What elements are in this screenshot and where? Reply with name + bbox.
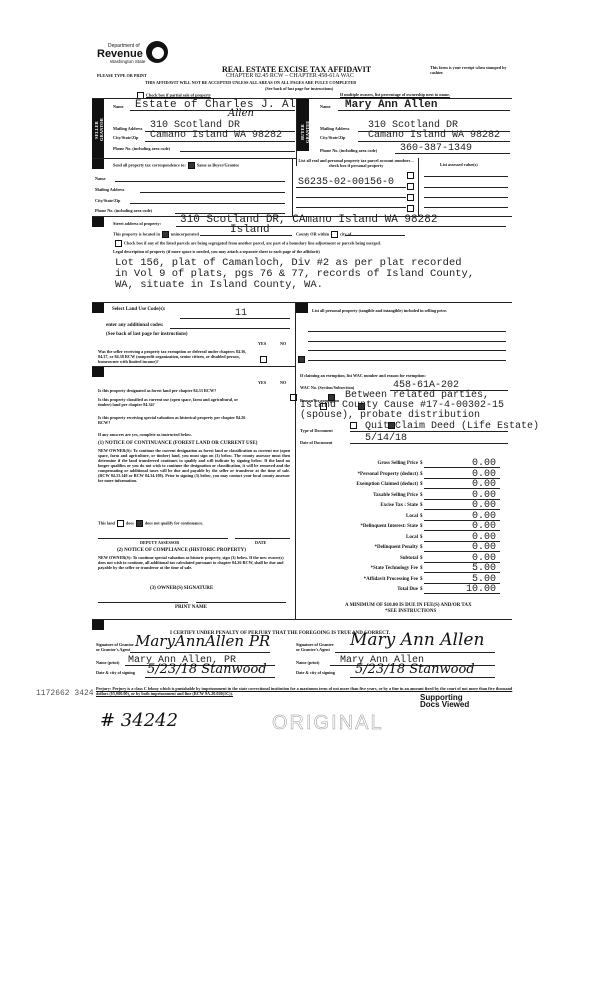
fee-value[interactable]: 0.00	[472, 542, 496, 553]
buyer-mailing-label: Mailing Address	[320, 126, 349, 131]
seller-mailing-label: Mailing Address	[113, 126, 142, 131]
correspondence-label: Send all property tax correspondence to:…	[113, 162, 239, 169]
county-or-city: County OR withincity of	[296, 231, 351, 238]
buyer-name-label: Name	[320, 104, 330, 109]
dor-logo-icon	[146, 41, 168, 63]
assessor-date: DATE	[255, 540, 266, 545]
handwritten-number: # 34242	[100, 710, 178, 731]
seller-name-label: Name	[113, 104, 123, 109]
grantor-date-label: Date & city of signing	[96, 670, 135, 675]
fee-value[interactable]: 0.00	[472, 553, 496, 564]
fee-row: Subtotal$0.00	[300, 554, 510, 564]
dollar-sign: $	[420, 587, 423, 592]
doc-date-label: Date of Document	[300, 440, 332, 445]
section-5-marker	[92, 303, 104, 313]
multiple-owners-note: If multiple owners, list percentage of o…	[340, 92, 450, 97]
q1-no-checkbox[interactable]	[298, 356, 305, 363]
grantee-date-label: Date & city of signing	[296, 670, 335, 675]
buyer-label: BUYER GRANTEE	[300, 118, 310, 146]
located-in: This property is located inunincorporate…	[113, 231, 199, 238]
yes-note: If any answers are yes, complete as inst…	[98, 432, 192, 437]
grantee-sig-label: Signature of Grantee or Grantee's Agent	[296, 642, 336, 652]
fee-label: Excise Tax : State	[380, 503, 418, 508]
fee-row: *Affidavit Processing Fee$5.00	[300, 575, 510, 585]
grantor-sig-label: Signature of Grantor or Grantor's Agent	[96, 642, 136, 652]
fee-label: *Delinquent Penalty	[375, 545, 418, 550]
segregated-checkbox[interactable]: Check box if any of the listed parcels a…	[113, 240, 381, 247]
seller-city-label: City/State/Zip	[113, 135, 138, 140]
city-checkbox[interactable]	[331, 231, 338, 238]
current-use-question: Is this property classified as current u…	[98, 397, 248, 407]
fee-value[interactable]: 0.00	[472, 479, 496, 490]
grantee-date-city[interactable]: 5/23/18 Stanwood	[355, 662, 475, 677]
legal-label: Legal description of property (if more s…	[113, 249, 320, 254]
dollar-sign: $	[420, 566, 423, 571]
fee-label: Subtotal	[400, 556, 418, 561]
dollar-sign: $	[420, 535, 423, 540]
form-chapter: CHAPTER 82.45 RCW – CHAPTER 458-61A WAC	[226, 73, 354, 79]
deputy-assessor: DEPUTY ASSESSOR	[140, 540, 179, 545]
notice1-title: (1) NOTICE OF CONTINUANCE (FOREST LAND O…	[98, 441, 257, 447]
dollar-sign: $	[420, 556, 423, 561]
seller-label: SELLER GRANTOR	[94, 115, 104, 145]
notice3-title: (3) OWNER(S) SIGNATURE	[150, 586, 213, 592]
yes-header-2: YES	[258, 380, 266, 385]
fee-row: Excise Tax : State$0.00	[300, 501, 510, 511]
dollar-sign: $	[420, 472, 423, 477]
seller-phone-label: Phone No. (including area code)	[113, 146, 170, 151]
fee-row: *Personal Property (deduct)$0.00	[300, 470, 510, 480]
fee-label: *Personal Property (deduct)	[358, 472, 418, 477]
historic-question: Is this property receiving special valua…	[98, 415, 248, 425]
fee-row: Local$0.00	[300, 512, 510, 522]
fee-value[interactable]: 5.00	[472, 574, 496, 585]
print-name-label: PRINT NAME	[175, 605, 207, 611]
no-header-2: NO	[280, 380, 286, 385]
section-3-marker	[92, 159, 104, 169]
grantor-name-label: Name (print)	[96, 660, 119, 665]
land-use-label: Select Land Use Code(s):	[112, 307, 165, 313]
corr-mailing-label: Mailing Address	[95, 187, 124, 192]
parcels-label: List all real and personal property tax …	[294, 158, 418, 168]
fee-value[interactable]: 0.00	[472, 511, 496, 522]
does-not-checkbox[interactable]	[136, 520, 143, 527]
logo-state: Washington State	[110, 59, 145, 64]
section-4-marker	[92, 217, 104, 227]
fee-value[interactable]: 0.00	[472, 458, 496, 469]
fee-value[interactable]: 0.00	[472, 490, 496, 501]
fee-label: Local	[406, 535, 418, 540]
fee-row: *State Technology Fee$5.00	[300, 564, 510, 574]
see-instructions: *SEE INSTRUCTIONS	[385, 609, 436, 615]
does-checkbox[interactable]	[117, 520, 124, 527]
fee-row: Gross Selling Price$0.00	[300, 459, 510, 469]
grantor-date-city[interactable]: 5/23/18 Stanwood	[147, 662, 267, 677]
buyer-city-label: City/State/Zip	[320, 135, 345, 140]
legal-description[interactable]: Lot 156, plat of Camanloch, Div #2 as pe…	[115, 258, 474, 291]
unincorporated-checkbox[interactable]	[162, 231, 169, 238]
fee-value[interactable]: 0.00	[472, 500, 496, 511]
notice1-text: NEW OWNER(S): To continue the current de…	[98, 448, 290, 483]
corr-phone-label: Phone No. (including area code)	[95, 208, 152, 213]
original-stamp: ORIGINAL	[272, 712, 384, 735]
section-8-marker	[92, 620, 104, 630]
dollar-sign: $	[420, 524, 423, 529]
supporting-docs-stamp: Supporting Docs Viewed	[420, 694, 475, 708]
forest-question: Is this property designated as forest la…	[98, 388, 258, 393]
fee-row: *Delinquent Penalty$0.00	[300, 543, 510, 553]
buyer-city[interactable]: Camano Island WA 98282	[368, 130, 500, 141]
fee-row: Exemption Claimed (deduct)$0.00	[300, 480, 510, 490]
dollar-sign: $	[420, 577, 423, 582]
grantor-signature[interactable]: MaryAnnAllen PR	[135, 632, 270, 650]
forest-yes-checkbox[interactable]	[290, 394, 297, 401]
notice2-title: (2) NOTICE OF COMPLIANCE (HISTORIC PROPE…	[117, 548, 246, 554]
fee-row: Local$0.00	[300, 533, 510, 543]
dollar-sign: $	[420, 514, 423, 519]
fee-label: Local	[406, 514, 418, 519]
recording-number: 1172662 3424	[36, 689, 94, 698]
additional-codes-label: enter any additional codes:	[106, 323, 164, 329]
fee-value[interactable]: 0.00	[472, 521, 496, 532]
seller-name-handwritten: Allen	[228, 108, 254, 119]
fee-value[interactable]: 0.00	[472, 532, 496, 543]
corr-city-label: City/State/Zip	[95, 198, 120, 203]
fee-row: Taxable Selling Price$0.00	[300, 491, 510, 501]
dollar-sign: $	[420, 493, 423, 498]
fee-label: Taxable Selling Price	[373, 493, 418, 498]
fee-label: Total Due	[397, 587, 418, 592]
corr-name-label: Name	[95, 176, 105, 181]
grantee-signature[interactable]: Mary Ann Allen	[350, 630, 484, 650]
parcel-checkboxes[interactable]	[407, 170, 415, 216]
fee-label: *State Technology Fee	[371, 566, 419, 571]
fee-label: *Affidavit Processing Fee	[364, 577, 418, 582]
yes-header: YES	[258, 341, 266, 346]
land-use-see-back: (See back of last page for instructions)	[106, 332, 188, 338]
notice2-text: NEW OWNER(S): To continue special valuat…	[98, 555, 290, 570]
assessed-label: List assessed value(s)	[440, 162, 478, 167]
dollar-sign: $	[420, 482, 423, 487]
property-street[interactable]: 310 Scotland DR, CAmano Island WA 98282	[180, 214, 437, 226]
personal-property-label: List all personal property (tangible and…	[312, 308, 502, 313]
fee-label: *Delinquent Interest: State	[360, 524, 418, 529]
street-label: Street address of property:	[113, 221, 161, 226]
fee-row: *Delinquent Interest: State$0.00	[300, 522, 510, 532]
no-header: NO	[280, 341, 286, 346]
fee-value[interactable]: 5.00	[472, 563, 496, 574]
dollar-sign: $	[420, 545, 423, 550]
buyer-phone-label: Phone No. (including area code)	[320, 148, 377, 153]
fee-label: Exemption Claimed (deduct)	[356, 482, 418, 487]
fee-row: Total Due$10.00	[300, 585, 510, 595]
q1-yes-checkbox[interactable]	[260, 356, 267, 363]
grantee-name-label: Name (print)	[296, 660, 319, 665]
please-type: PLEASE TYPE OR PRINT	[97, 73, 147, 78]
fee-value[interactable]: 10.00	[466, 584, 496, 595]
section-7-marker	[296, 303, 308, 313]
exemption-question: Was the seller receiving a property tax …	[98, 349, 248, 364]
fee-value[interactable]: 0.00	[472, 469, 496, 480]
receipt-note: This form is your receipt when stamped b…	[430, 65, 510, 75]
same-as-buyer-checkbox[interactable]	[188, 162, 195, 169]
section-6-marker	[92, 367, 104, 377]
exemption-reason[interactable]: Between related parties, Island County C…	[345, 391, 504, 421]
form-warning: THIS AFFIDAVIT WILL NOT BE ACCEPTED UNLE…	[145, 80, 356, 85]
fee-label: Gross Selling Price	[378, 461, 418, 466]
continuance-qualify: This landdoesdoes not qualify for contin…	[98, 520, 203, 527]
dollar-sign: $	[420, 461, 423, 466]
dollar-sign: $	[420, 503, 423, 508]
historic-yes-checkbox[interactable]	[350, 422, 357, 429]
see-back: (See back of last page for instructions)	[265, 86, 333, 91]
seller-city[interactable]: Camano Island WA 98282	[150, 130, 295, 141]
exemption-label: If claiming an exemption, list WAC numbe…	[300, 373, 426, 378]
doc-type-label: Type of Document	[300, 428, 333, 433]
